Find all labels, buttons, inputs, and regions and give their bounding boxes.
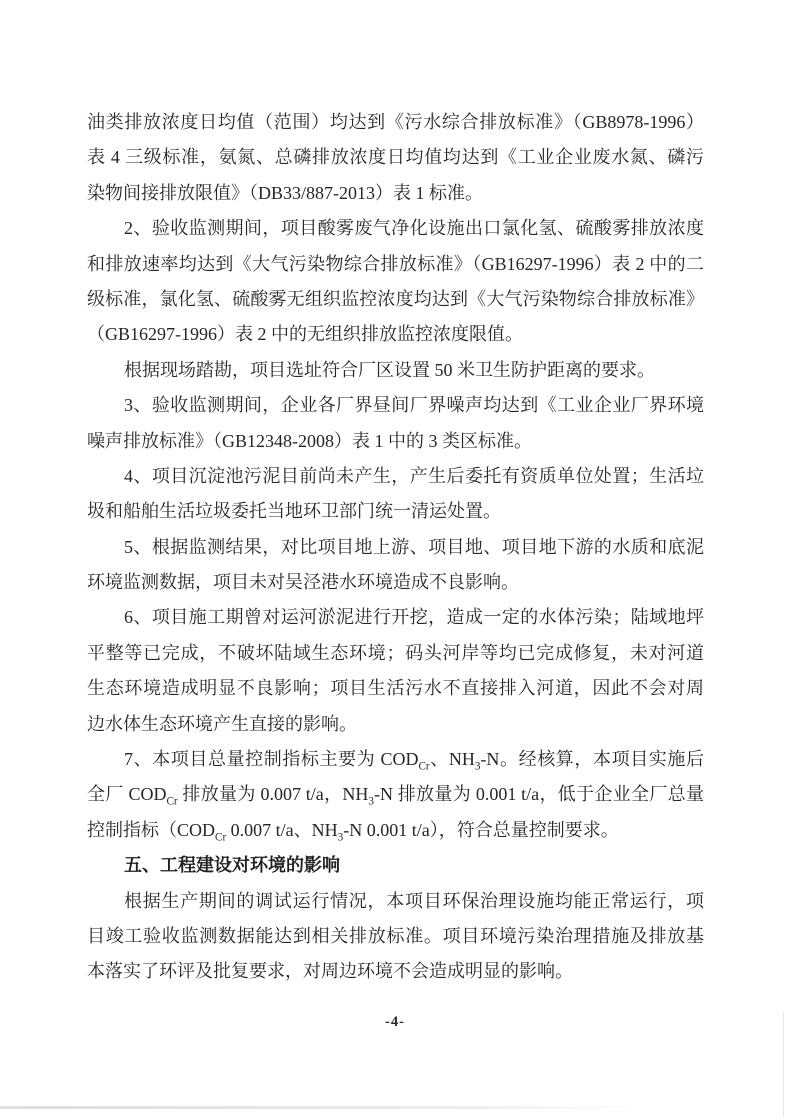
text-line: 4、项目沉淀池污泥目前尚未产生，产生后委托有资质单位处置；生活垃 <box>87 459 704 494</box>
text-line: 噪声排放标准》（GB12348-2008）表 1 中的 3 类区标准。 <box>87 424 704 459</box>
text-line: 本落实了环评及批复要求，对周边环境不会造成明显的影响。 <box>87 954 704 989</box>
text-line: 3、验收监测期间，企业各厂界昼间厂界噪声均达到《工业企业厂界环境 <box>87 388 704 423</box>
text-line: 环境监测数据，项目未对吴泾港水环境造成不良影响。 <box>87 565 704 600</box>
text-line: （GB16297-1996）表 2 中的无组织排放监控浓度限值。 <box>87 317 704 352</box>
text-line: 表 4 三级标准，氨氮、总磷排放浓度日均值均达到《工业企业废水氮、磷污 <box>87 140 704 175</box>
text-line: 级标准，氯化氢、硫酸雾无组织监控浓度均达到《大气污染物综合排放标准》 <box>87 282 704 317</box>
text-line: 全厂 CODCr 排放量为 0.007 t/a，NH3-N 排放量为 0.001… <box>87 777 704 812</box>
text-segment: 、NH <box>430 749 475 769</box>
subscript-text: Cr <box>418 761 429 773</box>
text-line: 2、验收监测期间，项目酸雾废气净化设施出口氯化氢、硫酸雾排放浓度 <box>87 211 704 246</box>
subscript-text: Cr <box>166 796 177 808</box>
text-segment: 7、本项目总量控制指标主要为 COD <box>124 749 418 769</box>
text-segment: 全厂 COD <box>87 784 166 804</box>
text-segment: -N 排放量为 0.001 t/a，低于企业全厂总量 <box>374 784 704 804</box>
text-line: 控制指标（CODCr 0.007 t/a、NH3-N 0.001 t/a），符合… <box>87 813 704 848</box>
subscript-text: Cr <box>215 831 226 843</box>
text-line: 5、根据监测结果，对比项目地上游、项目地、项目地下游的水质和底泥 <box>87 530 704 565</box>
text-segment: 控制指标（COD <box>87 820 215 840</box>
page-number: -4- <box>0 1014 790 1031</box>
text-line: 目竣工验收监测数据能达到相关排放标准。项目环境污染治理措施及排放基 <box>87 919 704 954</box>
text-segment: 排放量为 0.007 t/a，NH <box>178 784 369 804</box>
text-line: 边水体生态环境产生直接的影响。 <box>87 707 704 742</box>
text-line: 染物间接排放限值》（DB33/887-2013）表 1 标准。 <box>87 176 704 211</box>
text-line: 7、本项目总量控制指标主要为 CODCr、NH3-N。经核算，本项目实施后 <box>87 742 704 777</box>
text-line: 根据生产期间的调试运行情况，本项目环保治理设施均能正常运行，项 <box>87 884 704 919</box>
text-segment: -N。经核算，本项目实施后 <box>480 749 704 769</box>
page-body-text: 油类排放浓度日均值（范围）均达到《污水综合排放标准》（GB8978-1996）表… <box>87 105 704 990</box>
scan-artifact-line <box>0 1106 648 1109</box>
text-line: 油类排放浓度日均值（范围）均达到《污水综合排放标准》（GB8978-1996） <box>87 105 704 140</box>
text-line: 生态环境造成明显不良影响；项目生活污水不直接排入河道，因此不会对周 <box>87 671 704 706</box>
text-line: 6、项目施工期曾对运河淤泥进行开挖，造成一定的水体污染；陆域地坪 <box>87 600 704 635</box>
scan-edge-shadow <box>783 1012 784 1117</box>
text-line: 平整等已完成，不破坏陆域生态环境；码头河岸等均已完成修复，未对河道 <box>87 636 704 671</box>
text-line: 和排放速率均达到《大气污染物综合排放标准》（GB16297-1996）表 2 中… <box>87 247 704 282</box>
text-line: 圾和船舶生活垃圾委托当地环卫部门统一清运处置。 <box>87 494 704 529</box>
text-segment: 0.007 t/a、NH <box>226 820 338 840</box>
text-segment: -N 0.001 t/a），符合总量控制要求。 <box>343 820 618 840</box>
text-line: 根据现场踏勘，项目选址符合厂区设置 50 米卫生防护距离的要求。 <box>87 353 704 388</box>
document-page: 油类排放浓度日均值（范围）均达到《污水综合排放标准》（GB8978-1996）表… <box>0 0 790 1117</box>
section-heading: 五、工程建设对环境的影响 <box>87 848 704 883</box>
